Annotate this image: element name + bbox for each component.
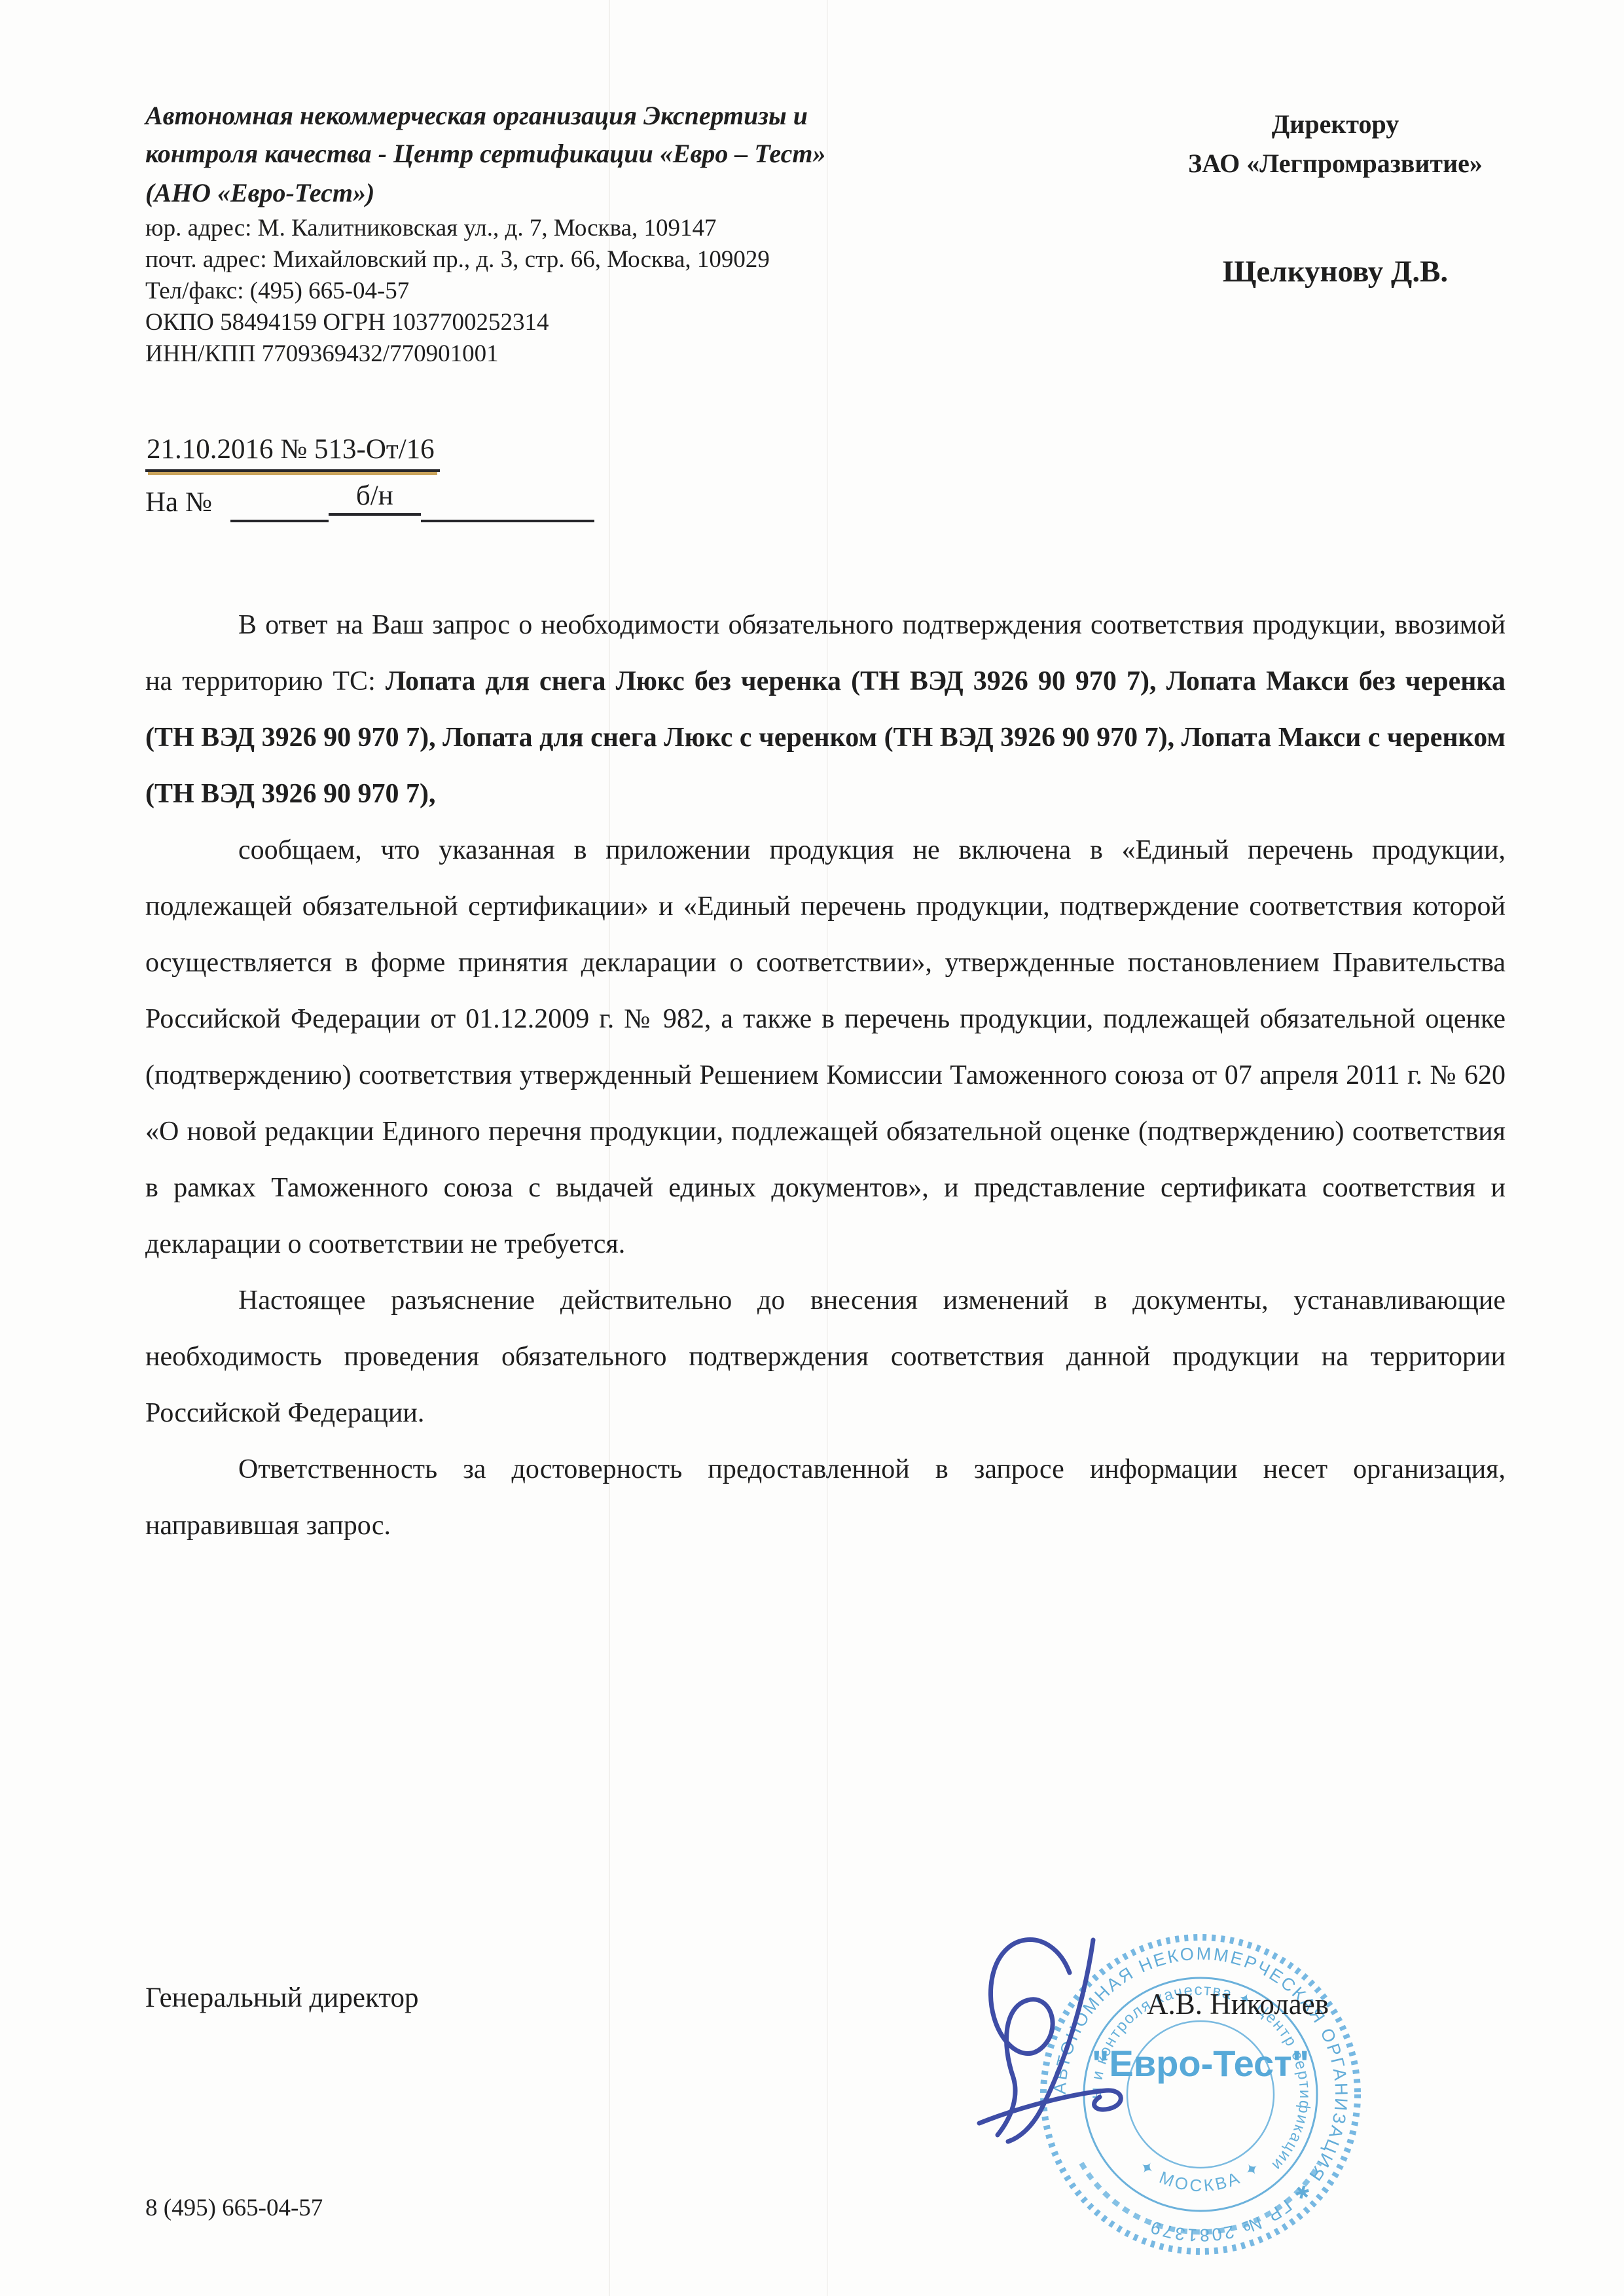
form-blank-line (230, 488, 329, 522)
sender-org-name: Автономная некоммерческая организация Эк… (145, 97, 911, 173)
sender-inn-kpp: ИНН/КПП 7709369432/770901001 (145, 339, 911, 369)
scanned-letter-page: Автономная некоммерческая организация Эк… (0, 0, 1624, 2296)
signer-position: Генеральный директор (145, 1982, 419, 2014)
letter-body: В ответ на Ваш запрос о необходимости об… (145, 597, 1506, 1554)
reference-block: 21.10.2016 № 513-От/16 На №б/н (145, 433, 594, 522)
recipient-block: Директору ЗАО «Легпромразвитие» Щелкунов… (1159, 105, 1512, 289)
incoming-number-label: На № (145, 487, 212, 518)
sender-okpo-ogrn: ОКПО 58494159 ОГРН 1037700252314 (145, 308, 911, 338)
handwritten-signature (941, 1910, 1138, 2145)
footer-phone: 8 (495) 665-04-57 (145, 2194, 323, 2222)
signature-stroke (1008, 1940, 1093, 2142)
incoming-number-line: На №б/н (145, 486, 594, 522)
recipient-title: Директору (1159, 105, 1512, 144)
sender-letterhead: Автономная некоммерческая организация Эк… (145, 97, 911, 369)
sender-legal-address: юр. адрес: М. Калитниковская ул., д. 7, … (145, 213, 911, 243)
sender-postal-address: почт. адрес: Михайловский пр., д. 3, стр… (145, 245, 911, 275)
incoming-number-value: б/н (329, 480, 421, 516)
outgoing-number: 21.10.2016 № 513-От/16 (145, 433, 440, 472)
recipient-person: Щелкунову Д.В. (1159, 254, 1512, 289)
recipient-company: ЗАО «Легпромразвитие» (1159, 144, 1512, 183)
sender-phone-fax: Тел/факс: (495) 665-04-57 (145, 276, 911, 306)
signer-name: А.В. Николаев (1147, 1987, 1329, 2021)
paragraph-intro: В ответ на Ваш запрос о необходимости об… (145, 597, 1506, 822)
form-blank-line (421, 488, 594, 522)
sender-org-short-name: (АНО «Евро-Тест») (145, 174, 911, 212)
paragraph-responsibility: Ответственность за достоверность предост… (145, 1441, 1506, 1554)
paragraph-validity: Настоящее разъяснение действительно до в… (145, 1272, 1506, 1441)
stamp-inner-ring-text-bottom: ✦ МОСКВА ✦ (1136, 2156, 1266, 2195)
paragraph-statement: сообщаем, что указанная в приложении про… (145, 822, 1506, 1272)
